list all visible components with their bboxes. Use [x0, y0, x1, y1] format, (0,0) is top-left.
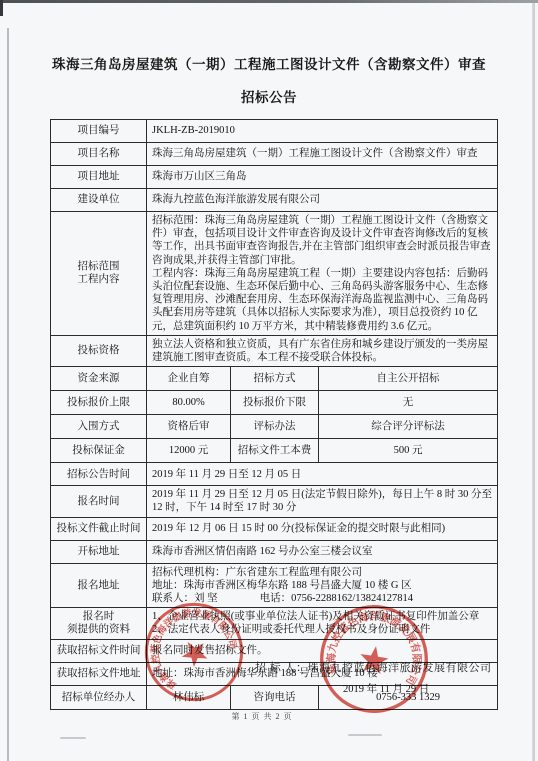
row-label: 项目编号 [51, 120, 147, 143]
row-contact-person: 招标单位经办人 林伟标 咨询电话 0756-333 1329 [51, 685, 498, 709]
row-bidder-qualification: 投标资格 独立法人资格和独立资质，具有广东省住房和城乡建设厅颁发的一类房屋建筑施… [51, 335, 498, 366]
scan-edge-left [7, 28, 9, 761]
row-label: 项目地址 [51, 166, 147, 189]
row-value: 500 元 [319, 439, 498, 463]
row-shortlist-evaluation: 入围方式 资格后审 评标办法 综合评分评标法 [51, 415, 498, 439]
row-label: 投标保证金 [51, 439, 147, 463]
row-funding-method: 资金来源 企业自筹 招标方式 自主公开招标 [51, 367, 498, 391]
row-label: 投标文件截止时间 [51, 517, 147, 540]
row-value: 企业自筹 [147, 367, 231, 391]
scan-edge-corner [0, 0, 3, 16]
row-value: 珠海三角岛房屋建筑（一期）工程施工图设计文件（含勘察文件）审查 [147, 143, 498, 166]
row-value: 2019 年 12 月 06 日 15 时 00 分(投标保证金的提交时限与此相… [147, 517, 498, 540]
row-label: 招标方式 [231, 367, 319, 391]
row-signup-time: 报名时间 2019 年 11 月 29 日至 12 月 05 日(法定节假日除外… [51, 486, 498, 517]
row-value: 2019 年 11 月 29 日至 12 月 05 日(法定节假日除外)，每日上… [147, 486, 498, 517]
row-label: 报名地址 [51, 563, 147, 608]
scan-smudge [348, 734, 382, 736]
row-label: 资金来源 [51, 367, 147, 391]
row-value: 独立法人资格和独立资质，具有广东省住房和城乡建设厅颁发的一类房屋建筑施工图审查资… [147, 335, 498, 366]
row-opening-address: 开标地址 珠海市香洲区情侣南路 162 号办公室三楼会议室 [51, 540, 498, 563]
row-label: 报名时间 [51, 486, 147, 517]
row-signup-address: 报名地址 招标代理机构：广东省建东工程监理有限公司 地址：珠海市香洲区梅华东路 … [51, 563, 498, 608]
row-deposit-fee: 投标保证金 12000 元 招标文件工本费 500 元 [51, 439, 498, 463]
row-label: 开标地址 [51, 540, 147, 563]
scan-edge-top [0, 0, 538, 3]
row-value: 综合评分评标法 [319, 415, 498, 439]
row-value: 80.00% [147, 391, 231, 415]
row-value: 自主公开招标 [319, 367, 498, 391]
row-value: 资格后审 [147, 415, 231, 439]
row-label: 招标范围 工程内容 [51, 212, 147, 336]
row-value: 珠海市香洲区情侣南路 162 号办公室三楼会议室 [147, 540, 498, 563]
row-label: 招标单位经办人 [51, 685, 147, 709]
company-seal-icon: 珠海九控蓝色海洋旅游发展有限公司 [310, 595, 438, 723]
title-line-1: 珠海三角岛房屋建筑（一期）工程施工图设计文件（含勘察文件）审查 [0, 56, 538, 73]
row-submission-deadline: 投标文件截止时间 2019 年 12 月 06 日 15 时 00 分(投标保证… [51, 517, 498, 540]
title-line-2: 招标公告 [0, 89, 538, 106]
row-label: 获取招标文件地址 [51, 662, 147, 685]
scan-edge-right [532, 3, 535, 761]
row-label: 项目名称 [51, 143, 147, 166]
row-value: 珠海九控蓝色海洋旅游发展有限公司 [147, 189, 498, 212]
page-title: 珠海三角岛房屋建筑（一期）工程施工图设计文件（含勘察文件）审查 招标公告 [0, 56, 538, 106]
row-value: 招标范围：珠海三角岛房屋建筑（一期）工程施工图设计文件（含勘察文件）审查，包括项… [147, 212, 498, 336]
row-label: 招标文件工本费 [231, 439, 319, 463]
row-project-name: 项目名称 珠海三角岛房屋建筑（一期）工程施工图设计文件（含勘察文件）审查 [51, 143, 498, 166]
row-price-limits: 投标报价上限 80.00% 投标报价下限 无 [51, 391, 498, 415]
row-label: 咨询电话 [231, 685, 319, 709]
row-label: 投标报价上限 [51, 391, 147, 415]
document-page: 珠海三角岛房屋建筑（一期）工程施工图设计文件（含勘察文件）审查 招标公告 项目编… [0, 0, 538, 761]
row-label: 建设单位 [51, 189, 147, 212]
row-label: 招标公告时间 [51, 463, 147, 486]
row-value: JKLH-ZB-2019010 [147, 120, 498, 143]
row-value: 12000 元 [147, 439, 231, 463]
row-scope-content: 招标范围 工程内容 招标范围：珠海三角岛房屋建筑（一期）工程施工图设计文件（含勘… [51, 212, 498, 336]
row-label: 投标资格 [51, 335, 147, 366]
row-project-address: 项目地址 珠海市万山区三角岛 [51, 166, 498, 189]
row-label: 投标报价下限 [231, 391, 319, 415]
scan-smudge [60, 737, 86, 739]
row-project-number: 项目编号 JKLH-ZB-2019010 [51, 120, 498, 143]
row-label: 评标办法 [231, 415, 319, 439]
row-announcement-time: 招标公告时间 2019 年 11 月 29 日至 12 月 05 日 [51, 463, 498, 486]
page-number-footer: 第 1 页 共 2 页 [0, 711, 524, 722]
row-value: 2019 年 11 月 29 日至 12 月 05 日 [147, 463, 498, 486]
row-owner-unit: 建设单位 珠海九控蓝色海洋旅游发展有限公司 [51, 189, 498, 212]
row-value: 珠海市万山区三角岛 [147, 166, 498, 189]
row-value: 无 [319, 391, 498, 415]
row-label: 入围方式 [51, 415, 147, 439]
